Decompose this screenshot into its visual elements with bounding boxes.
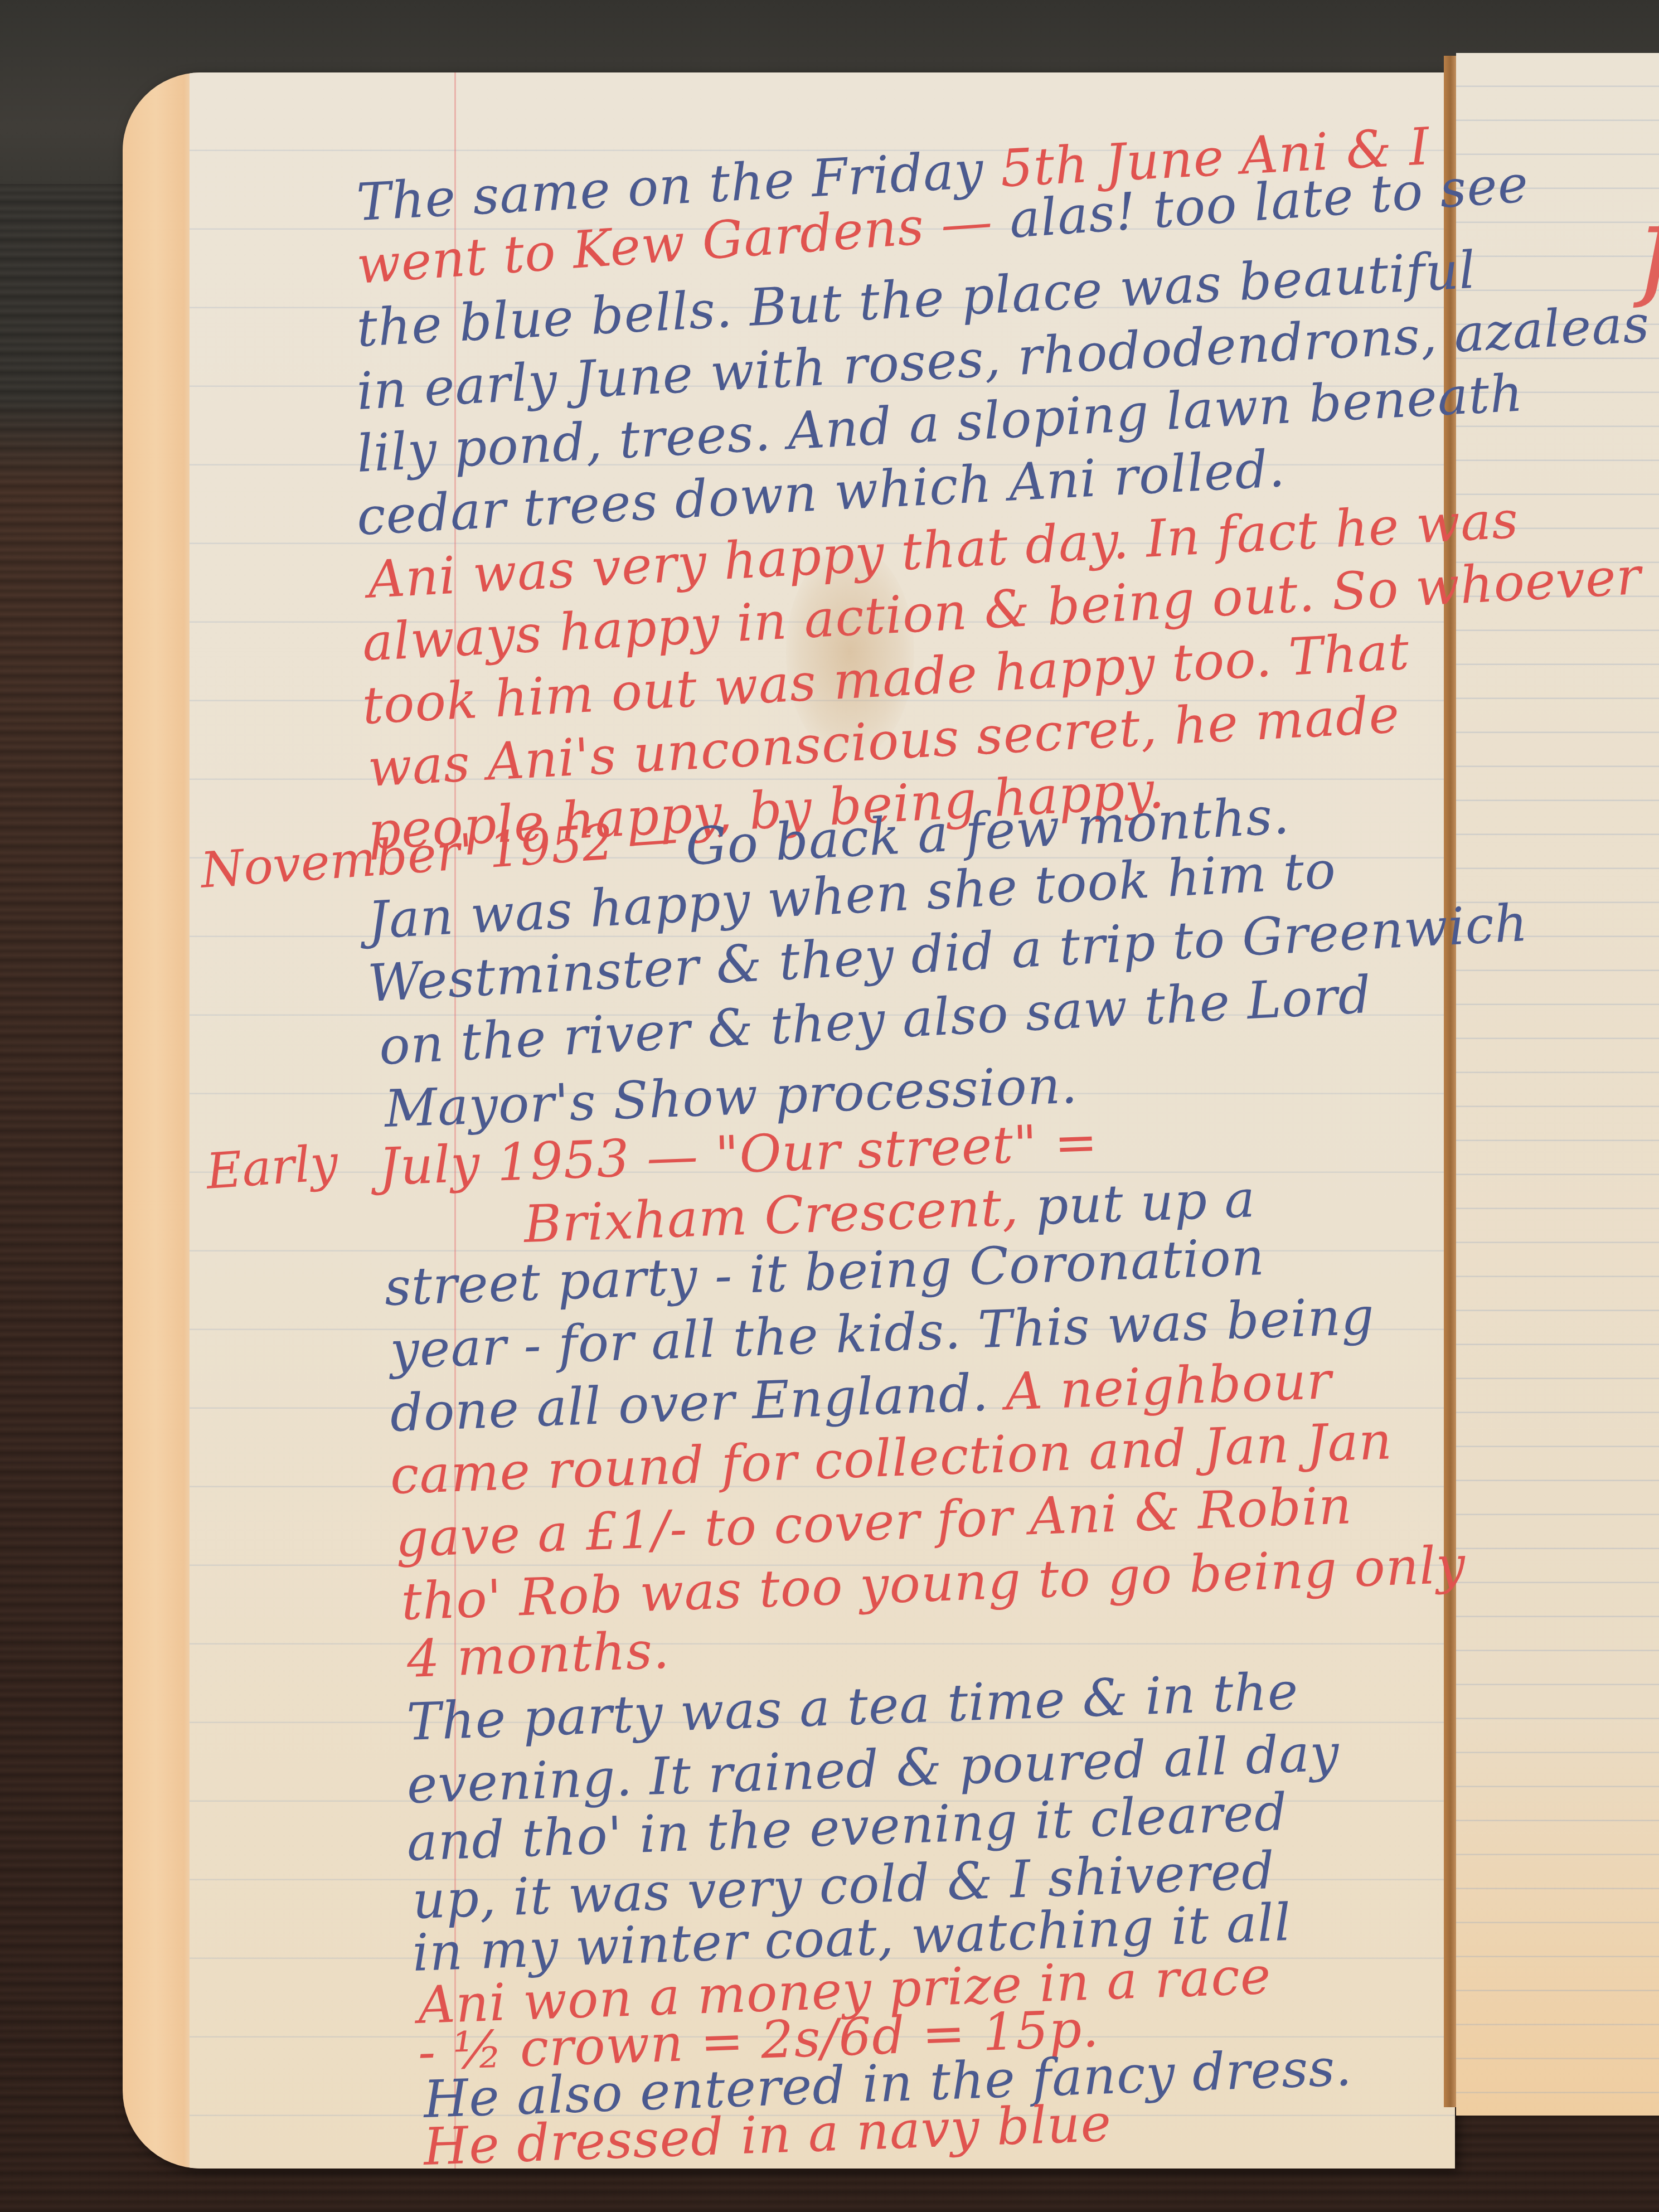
diary-line: 4 months.	[406, 1621, 671, 1689]
margin-note-early: Early	[204, 1134, 339, 1200]
facing-page-glyph: f	[1640, 181, 1659, 311]
blue-ink-text: put up a	[1035, 1169, 1257, 1236]
red-ink-text: A neighbour	[1005, 1351, 1333, 1422]
red-ink-text: 4 months.	[406, 1621, 671, 1689]
notebook-right-page: f	[1456, 53, 1659, 2116]
